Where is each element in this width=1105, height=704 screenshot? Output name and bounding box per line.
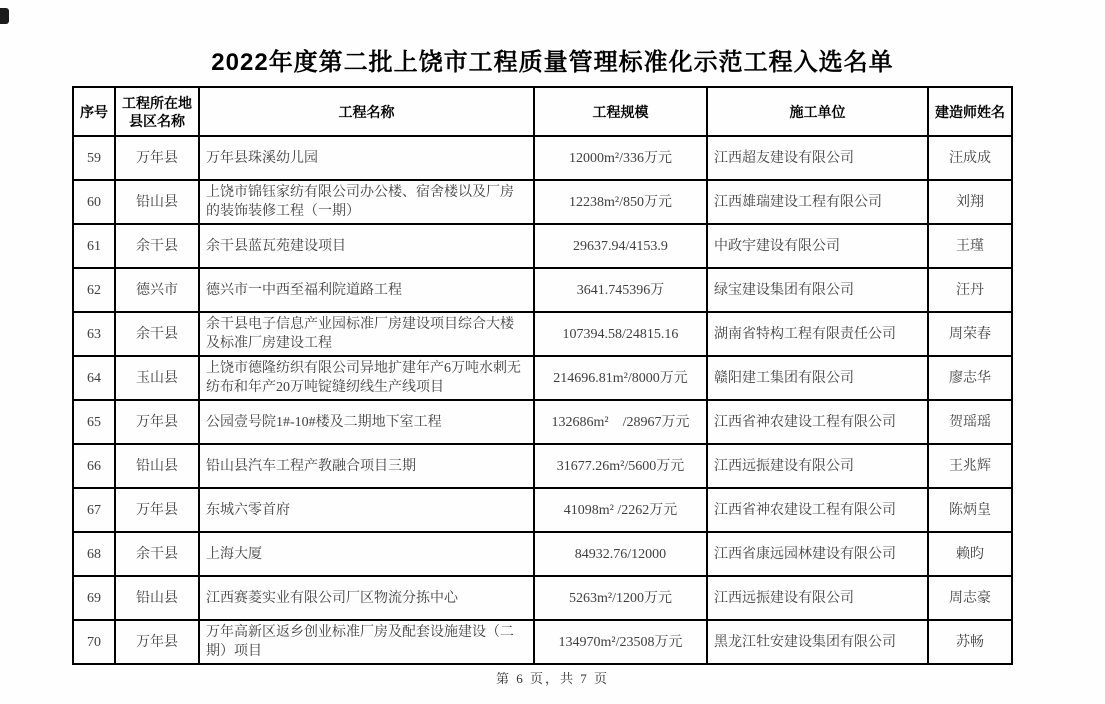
cell-scale: 5263m²/1200万元 [534, 576, 707, 620]
cell-scale: 134970m²/23508万元 [534, 620, 707, 664]
cell-seq: 63 [73, 312, 115, 356]
cell-contractor: 江西远振建设有限公司 [707, 576, 928, 620]
column-header-builder: 建造师姓名 [928, 87, 1012, 136]
cell-seq: 70 [73, 620, 115, 664]
document-page: 2022年度第二批上饶市工程质量管理标准化示范工程入选名单 序号 工程所在地县区… [0, 0, 1105, 704]
table-body: 59万年县万年县珠溪幼儿园12000m²/336万元江西超友建设有限公司汪成成6… [73, 136, 1012, 664]
table-row: 65万年县公园壹号院1#-10#楼及二期地下室工程132686m² /28967… [73, 400, 1012, 444]
cell-contractor: 江西远振建设有限公司 [707, 444, 928, 488]
cell-project-name: 上饶市锦钰家纺有限公司办公楼、宿舍楼以及厂房的装饰装修工程（一期） [199, 180, 534, 224]
cell-contractor: 江西省神农建设工程有限公司 [707, 488, 928, 532]
cell-builder: 汪丹 [928, 268, 1012, 312]
cell-seq: 60 [73, 180, 115, 224]
cell-county: 玉山县 [115, 356, 199, 400]
projects-table: 序号 工程所在地县区名称 工程名称 工程规模 施工单位 建造师姓名 59万年县万… [72, 86, 1013, 665]
cell-county: 余干县 [115, 532, 199, 576]
column-header-county: 工程所在地县区名称 [115, 87, 199, 136]
cell-project-name: 上饶市德隆纺织有限公司异地扩建年产6万吨水刺无纺布和年产20万吨锭缝纫线生产线项… [199, 356, 534, 400]
cell-builder: 贺瑶瑶 [928, 400, 1012, 444]
cell-scale: 3641.745396万 [534, 268, 707, 312]
cell-county: 万年县 [115, 400, 199, 444]
cell-county: 铅山县 [115, 444, 199, 488]
cell-scale: 214696.81m²/8000万元 [534, 356, 707, 400]
cell-seq: 69 [73, 576, 115, 620]
header-row: 序号 工程所在地县区名称 工程名称 工程规模 施工单位 建造师姓名 [73, 87, 1012, 136]
cell-seq: 66 [73, 444, 115, 488]
table-row: 61余干县余干县蓝瓦苑建设项目29637.94/4153.9中政宇建设有限公司王… [73, 224, 1012, 268]
cell-contractor: 江西省康远园林建设有限公司 [707, 532, 928, 576]
cell-seq: 68 [73, 532, 115, 576]
table-row: 62德兴市德兴市一中西至福利院道路工程3641.745396万绿宝建设集团有限公… [73, 268, 1012, 312]
cell-county: 万年县 [115, 620, 199, 664]
cell-project-name: 公园壹号院1#-10#楼及二期地下室工程 [199, 400, 534, 444]
cell-seq: 59 [73, 136, 115, 180]
cell-project-name: 铅山县汽车工程产教融合项目三期 [199, 444, 534, 488]
cell-builder: 周荣春 [928, 312, 1012, 356]
cell-project-name: 余干县蓝瓦苑建设项目 [199, 224, 534, 268]
table-row: 60铅山县上饶市锦钰家纺有限公司办公楼、宿舍楼以及厂房的装饰装修工程（一期）12… [73, 180, 1012, 224]
cell-contractor: 江西省神农建设工程有限公司 [707, 400, 928, 444]
cell-project-name: 余干县电子信息产业园标准厂房建设项目综合大楼及标准厂房建设工程 [199, 312, 534, 356]
cell-contractor: 江西超友建设有限公司 [707, 136, 928, 180]
cell-contractor: 江西雄瑞建设工程有限公司 [707, 180, 928, 224]
table-row: 66铅山县铅山县汽车工程产教融合项目三期31677.26m²/5600万元江西远… [73, 444, 1012, 488]
cell-builder: 王瑾 [928, 224, 1012, 268]
cell-seq: 62 [73, 268, 115, 312]
table-row: 68余干县上海大厦84932.76/12000江西省康远园林建设有限公司赖昀 [73, 532, 1012, 576]
cell-seq: 67 [73, 488, 115, 532]
cell-builder: 苏畅 [928, 620, 1012, 664]
cell-project-name: 德兴市一中西至福利院道路工程 [199, 268, 534, 312]
cell-county: 铅山县 [115, 576, 199, 620]
cell-county: 万年县 [115, 488, 199, 532]
cell-builder: 刘翔 [928, 180, 1012, 224]
column-header-contractor: 施工单位 [707, 87, 928, 136]
cell-builder: 赖昀 [928, 532, 1012, 576]
table-row: 63余干县余干县电子信息产业园标准厂房建设项目综合大楼及标准厂房建设工程1073… [73, 312, 1012, 356]
cell-scale: 41098m² /2262万元 [534, 488, 707, 532]
column-header-project-name: 工程名称 [199, 87, 534, 136]
cell-county: 余干县 [115, 312, 199, 356]
cell-county: 德兴市 [115, 268, 199, 312]
page-number-footer: 第 6 页，共 7 页 [0, 668, 1105, 687]
cell-scale: 132686m² /28967万元 [534, 400, 707, 444]
cell-seq: 64 [73, 356, 115, 400]
cell-project-name: 万年高新区返乡创业标准厂房及配套设施建设（二期）项目 [199, 620, 534, 664]
cell-scale: 84932.76/12000 [534, 532, 707, 576]
cell-builder: 周志豪 [928, 576, 1012, 620]
cell-scale: 12000m²/336万元 [534, 136, 707, 180]
table-row: 70万年县万年高新区返乡创业标准厂房及配套设施建设（二期）项目134970m²/… [73, 620, 1012, 664]
cell-contractor: 黑龙江牡安建设集团有限公司 [707, 620, 928, 664]
cell-scale: 31677.26m²/5600万元 [534, 444, 707, 488]
cell-county: 铅山县 [115, 180, 199, 224]
cell-contractor: 中政宇建设有限公司 [707, 224, 928, 268]
scan-artifact-mark [0, 8, 9, 24]
cell-contractor: 赣阳建工集团有限公司 [707, 356, 928, 400]
cell-project-name: 上海大厦 [199, 532, 534, 576]
table-header: 序号 工程所在地县区名称 工程名称 工程规模 施工单位 建造师姓名 [73, 87, 1012, 136]
column-header-seq: 序号 [73, 87, 115, 136]
cell-scale: 29637.94/4153.9 [534, 224, 707, 268]
table-row: 69铅山县江西赛菱实业有限公司厂区物流分拣中心5263m²/1200万元江西远振… [73, 576, 1012, 620]
cell-project-name: 江西赛菱实业有限公司厂区物流分拣中心 [199, 576, 534, 620]
cell-builder: 廖志华 [928, 356, 1012, 400]
table-row: 64玉山县上饶市德隆纺织有限公司异地扩建年产6万吨水刺无纺布和年产20万吨锭缝纫… [73, 356, 1012, 400]
cell-county: 余干县 [115, 224, 199, 268]
table-row: 59万年县万年县珠溪幼儿园12000m²/336万元江西超友建设有限公司汪成成 [73, 136, 1012, 180]
document-title: 2022年度第二批上饶市工程质量管理标准化示范工程入选名单 [0, 42, 1105, 77]
cell-contractor: 湖南省特构工程有限责任公司 [707, 312, 928, 356]
cell-seq: 65 [73, 400, 115, 444]
cell-contractor: 绿宝建设集团有限公司 [707, 268, 928, 312]
cell-builder: 汪成成 [928, 136, 1012, 180]
table-row: 67万年县东城六零首府41098m² /2262万元江西省神农建设工程有限公司陈… [73, 488, 1012, 532]
cell-seq: 61 [73, 224, 115, 268]
cell-scale: 107394.58/24815.16 [534, 312, 707, 356]
cell-project-name: 东城六零首府 [199, 488, 534, 532]
cell-builder: 陈炳皇 [928, 488, 1012, 532]
cell-project-name: 万年县珠溪幼儿园 [199, 136, 534, 180]
cell-builder: 王兆辉 [928, 444, 1012, 488]
cell-scale: 12238m²/850万元 [534, 180, 707, 224]
column-header-scale: 工程规模 [534, 87, 707, 136]
cell-county: 万年县 [115, 136, 199, 180]
